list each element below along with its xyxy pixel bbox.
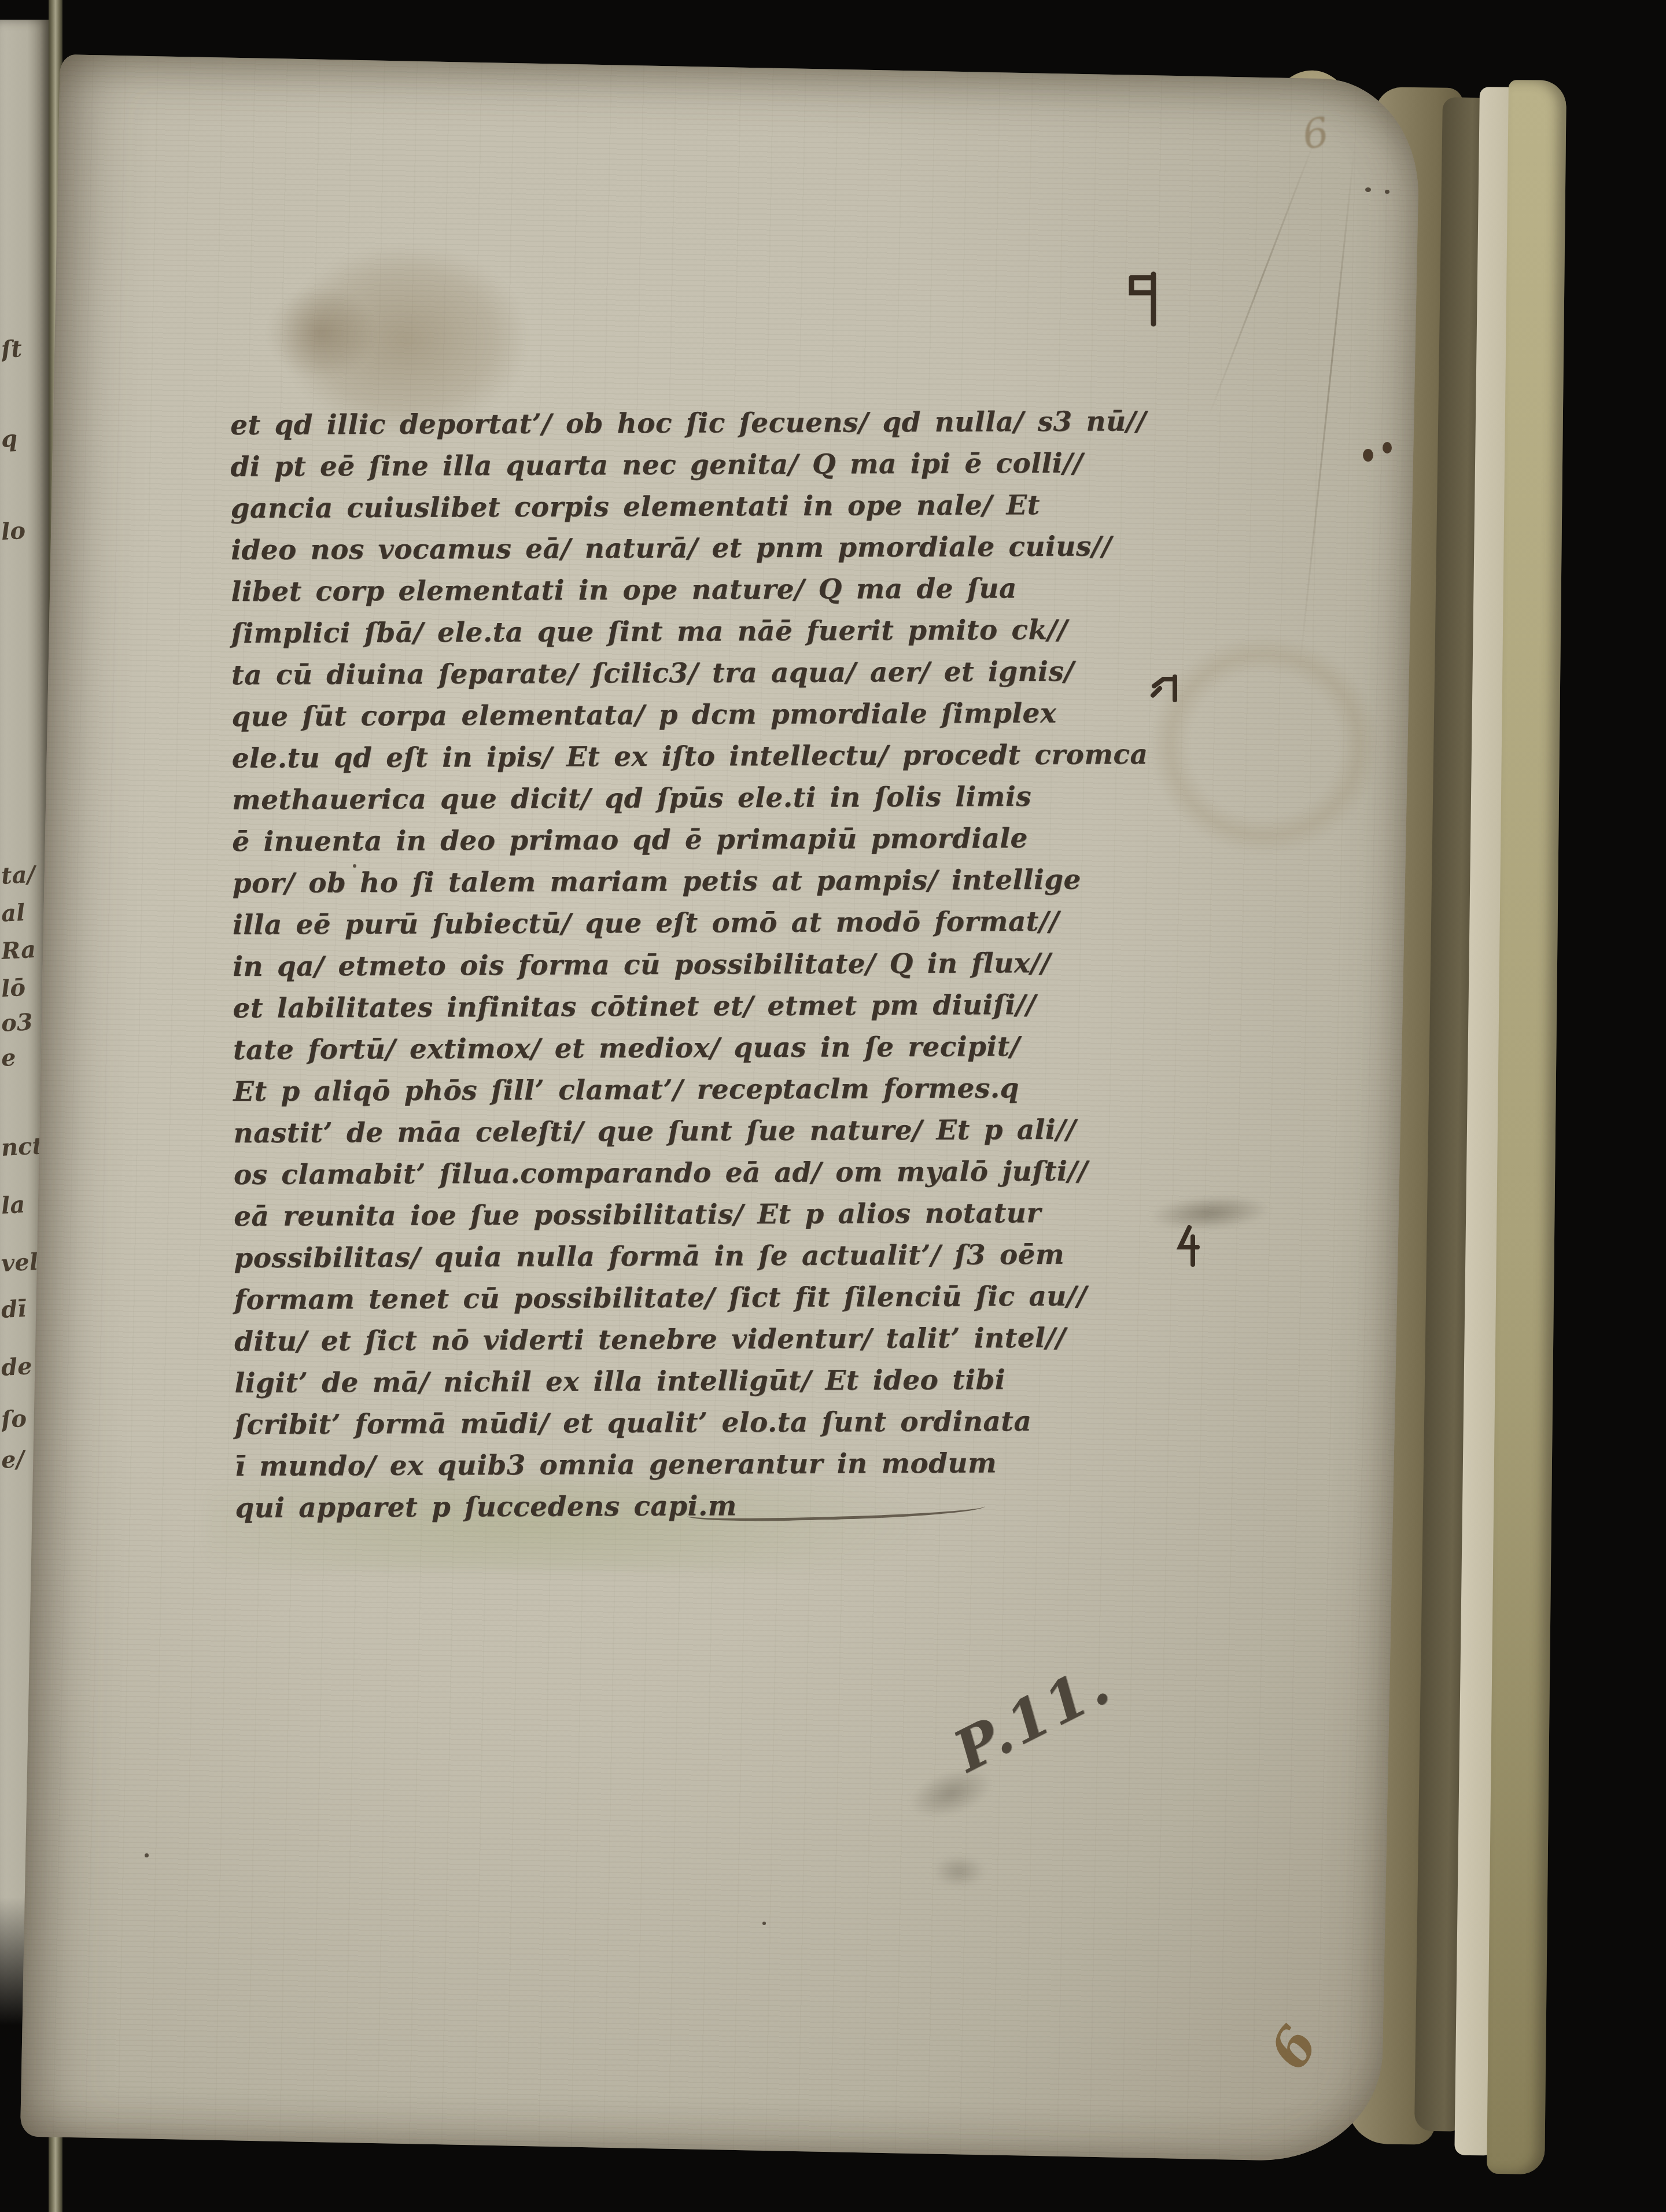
text-line: in qa/ etmeto ois forma cū possibilitate… (233, 942, 1268, 988)
text-line: et labilitates infinitas cōtinet et/ etm… (233, 983, 1268, 1030)
text-line: Et p aliqō phōs ſill’ clamat’/ receptacl… (233, 1067, 1269, 1113)
text-line: ditu/ et ſict nō viderti tenebre videntu… (234, 1317, 1270, 1363)
text-line: ī mundo/ ex quib3 omnia generantur in mo… (235, 1442, 1270, 1488)
gutter-text-fragment: q (1, 423, 48, 453)
manuscript-text-block: et qd illic deportat’/ ob hoc ſic ſecuen… (230, 400, 1273, 1529)
gutter-text-fragment: al (1, 898, 48, 927)
text-line: ideo nos vocamus eā/ naturā/ et pnm pmor… (231, 525, 1266, 572)
text-line: eā reunita ioe ſue possibilitatis/ Et p … (234, 1192, 1269, 1238)
text-line: illa eē purū ſubiectū/ que eſt omō at mo… (233, 900, 1268, 946)
text-line: que ſūt corpa elementata/ p dcm pmordial… (231, 692, 1267, 738)
gutter-text-fragment: Ra (1, 935, 48, 965)
text-line: ele.tu qd eſt in ipis/ Et ex iſto intell… (232, 733, 1267, 780)
squiggle-mark-icon (1148, 665, 1185, 714)
text-line: ligit’ de mā/ nichil ex illa intelligūt/… (234, 1358, 1270, 1404)
ink-dot (1363, 449, 1373, 462)
ink-dot (1383, 442, 1392, 454)
text-line: di pt eē ſine illa quarta nec genita/ Q … (230, 442, 1266, 488)
text-line: libet corp elementati in ope nature/ Q m… (231, 567, 1266, 613)
gutter-text-fragment: ta/ (1, 860, 48, 890)
four-mark-icon (1172, 1222, 1204, 1271)
text-line: ſimplici ſbā/ ele.ta que ſint ma nāē fue… (231, 609, 1267, 655)
gutter-text-fragment: ſt (1, 334, 48, 363)
text-line: tate fortū/ extimox/ et mediox/ quas in … (233, 1025, 1269, 1071)
text-line: ta cū diuina ſeparate/ ſcilic3/ tra aqua… (231, 650, 1267, 696)
manuscript-photo: ſt q lo ta/ al Ra lō o3 e ncta la vela d… (0, 0, 1666, 2212)
gutter-text-fragment: lo (1, 516, 48, 545)
text-line: ē inuenta in deo primao qd ē primapiū pm… (232, 817, 1267, 863)
text-line: por/ ob ho ſi talem mariam petis at pamp… (232, 858, 1267, 905)
text-line: formam tenet cū possibilitate/ ſict fit … (234, 1275, 1270, 1321)
ink-speck (1385, 190, 1389, 194)
ink-speck (762, 1922, 766, 1925)
text-line: nastit’ de māa celeſti/ que ſunt ſue nat… (233, 1108, 1269, 1155)
gutter-text-fragment: lō (1, 973, 48, 1002)
text-line: et qd illic deportat’/ ob hoc ſic ſecuen… (230, 400, 1266, 447)
ink-speck (145, 1853, 149, 1857)
text-line: methauerica que dicit/ qd ſpūs ele.ti in… (232, 775, 1267, 821)
text-line: os clamabit’ ſilua.comparando eā ad/ om … (234, 1150, 1269, 1196)
text-line: gancia cuiuslibet corpis elementati in o… (231, 484, 1266, 530)
flag-mark-icon (1123, 267, 1164, 334)
text-line: ſcribit’ formā mūdi/ et qualit’ elo.ta ſ… (235, 1400, 1270, 1446)
text-line: possibilitas/ quia nulla formā in ſe act… (234, 1233, 1269, 1280)
ink-speck (1365, 187, 1371, 192)
